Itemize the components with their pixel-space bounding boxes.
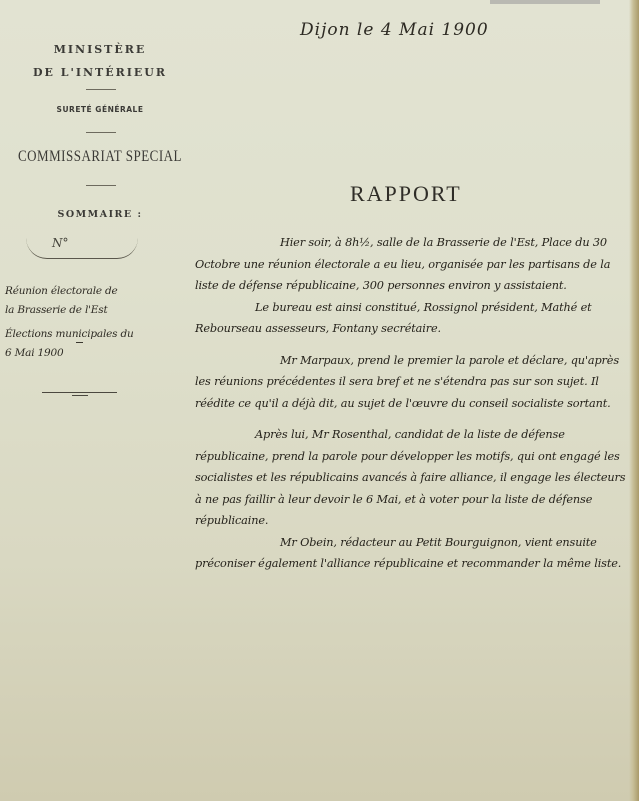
ministry-line-2: DE L'INTÉRIEUR [0,61,200,84]
letterhead-ministry: MINISTÈRE DE L'INTÉRIEUR [0,38,200,84]
report-title: RAPPORT [350,181,462,207]
margin-rule [42,392,117,393]
date-line: Dijon le 4 Mai 1900 [300,20,489,40]
margin-dash [76,342,83,343]
ornament-divider-icon [86,89,116,96]
ornament-divider-icon [86,185,116,192]
body-paragraph: Après lui, Mr Rosenthal, candidat de la … [195,424,630,532]
summary-label: SOMMAIRE : [0,209,200,220]
report-body: Hier soir, à 8h½, salle de la Brasserie … [195,232,630,575]
body-paragraph: Mr Marpaux, prend le premier la parole e… [195,350,630,415]
number-flourish-icon [26,238,138,259]
scan-edge-strip [490,0,600,4]
ministry-line-1: MINISTÈRE [0,38,200,61]
margin-summary-line: Élections municipales du [5,325,180,344]
margin-summary: Réunion électorale de la Brasserie de l'… [5,282,180,362]
margin-summary-line: la Brasserie de l'Est [5,301,180,320]
body-paragraph: Mr Obein, rédacteur au Petit Bourguignon… [195,532,630,575]
number-label: N° [52,236,69,250]
letterhead-office: COMMISSARIAT SPECIAL [0,146,200,166]
margin-summary-line: 6 Mai 1900 [5,344,180,363]
body-paragraph: Hier soir, à 8h½, salle de la Brasserie … [195,232,630,297]
page-binding-edge [629,0,639,801]
margin-summary-line: Réunion électorale de [5,282,180,301]
margin-rule [72,395,88,396]
letterhead-service: SURETÉ GÉNÉRALE [0,105,200,114]
body-paragraph: Le bureau est ainsi constitué, Rossignol… [195,297,630,340]
ornament-divider-icon [86,132,116,139]
